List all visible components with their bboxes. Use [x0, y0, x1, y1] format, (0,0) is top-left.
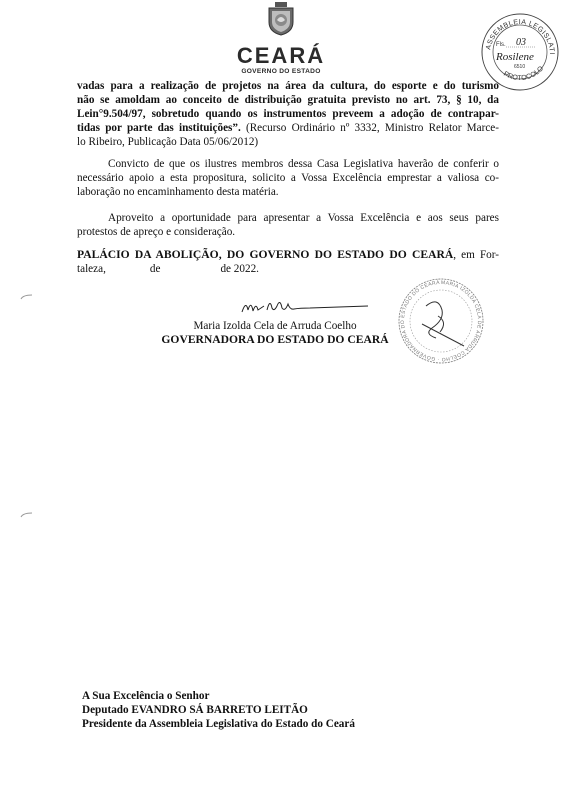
paragraph-line: Convicto de que os ilustres membros dess… — [77, 157, 499, 171]
handwritten-signature — [240, 294, 370, 318]
recipient-name: Deputado EVANDRO SÁ BARRETO LEITÃO — [82, 703, 355, 717]
paragraph-line: Aproveito a oportunidade para apresentar… — [77, 211, 499, 225]
paragraph-support-request: Convicto de que os ilustres membros dess… — [77, 157, 499, 199]
quote-line: Lein°9.504/97, sobretudo quando os instr… — [77, 107, 499, 121]
paragraph-line: necessário apoio a esta propositura, sol… — [77, 171, 499, 185]
paragraph-closing: Aproveito a oportunidade para apresentar… — [77, 211, 499, 239]
recipient-block: A Sua Excelência o Senhor Deputado EVAND… — [82, 689, 355, 731]
margin-mark-icon — [20, 512, 34, 518]
citation-start: (Recurso Ordinário nº 3332, Ministro Rel… — [241, 122, 499, 134]
signatory-title: GOVERNADORA DO ESTADO DO CEARÁ — [145, 333, 405, 346]
date-city: taleza, — [77, 263, 106, 275]
signatory-name: Maria Izolda Cela de Arruda Coelho — [145, 320, 405, 333]
stamp-fls-label: Fls. — [496, 42, 506, 48]
paragraph-line: protestos de apreço e consideração. — [77, 225, 499, 239]
stamp-signature: Rosilene — [495, 51, 534, 63]
stamp-note: 6510 — [514, 64, 525, 70]
governo-ceara-logo: CEARÁ GOVERNO DO ESTADO — [228, 2, 334, 75]
stamp-fls-value: 03 — [516, 37, 526, 48]
quoted-jurisprudence: vadas para a realização de projetos na á… — [77, 79, 499, 149]
date-year: de 2022. — [220, 263, 259, 275]
quote-line: não se amoldam ao conceito de distribuiç… — [77, 93, 499, 107]
svg-text:MARIA IZOLDA CELA DE ARRUDA CO: MARIA IZOLDA CELA DE ARRUDA COELHO · GOV… — [400, 279, 482, 362]
seal-ring-text: MARIA IZOLDA CELA DE ARRUDA COELHO · GOV… — [400, 279, 482, 362]
quote-line: vadas para a realização de projetos na á… — [77, 79, 499, 93]
brand-title: CEARÁ — [228, 45, 334, 67]
date-day-de: de — [150, 263, 161, 275]
recipient-salutation: A Sua Excelência o Senhor — [82, 689, 355, 703]
quote-line-mixed: tidas por parte das instituições”. (Recu… — [77, 121, 499, 135]
quote-end: tidas por parte das instituições”. — [77, 122, 241, 134]
place-name: PALÁCIO DA ABOLIÇÃO, DO GOVERNO DO ESTAD… — [77, 248, 453, 261]
signature-block: Maria Izolda Cela de Arruda Coelho GOVER… — [145, 320, 405, 346]
citation-end: lo Ribeiro, Publicação Data 05/06/2012) — [77, 135, 499, 149]
place-suffix: , em For- — [453, 249, 499, 261]
official-seal-icon: MARIA IZOLDA CELA DE ARRUDA COELHO · GOV… — [396, 276, 486, 366]
paragraph-line: laboração no encaminhamento desta matéri… — [77, 185, 499, 199]
margin-mark-icon — [20, 294, 34, 300]
place-line: PALÁCIO DA ABOLIÇÃO, DO GOVERNO DO ESTAD… — [77, 248, 499, 262]
state-coat-of-arms-icon — [266, 2, 296, 36]
recipient-position: Presidente da Assembleia Legislativa do … — [82, 717, 355, 731]
date-line: taleza,dede 2022. — [77, 262, 499, 276]
brand-subtitle: GOVERNO DO ESTADO — [228, 68, 334, 75]
place-date: PALÁCIO DA ABOLIÇÃO, DO GOVERNO DO ESTAD… — [77, 248, 499, 276]
